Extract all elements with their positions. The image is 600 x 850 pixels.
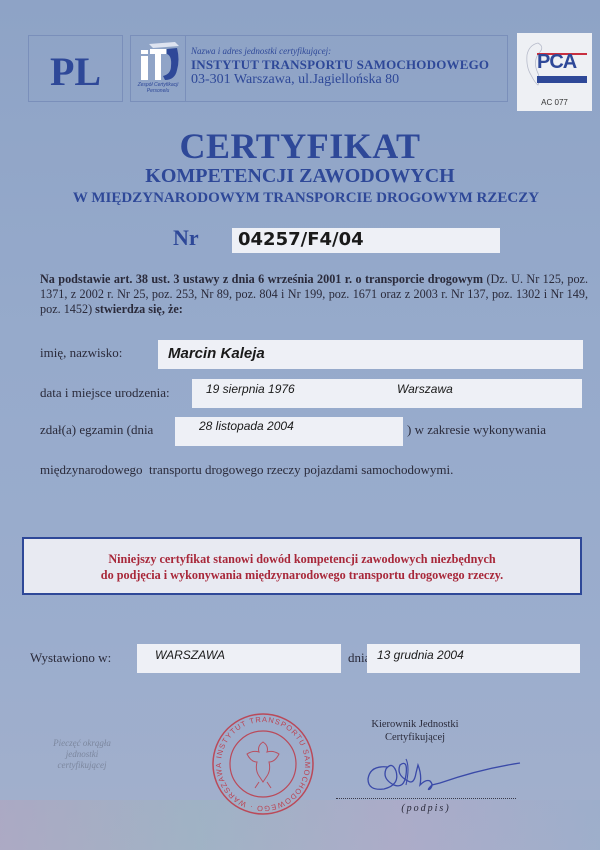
institution-name: INSTYTUT TRANSPORTU SAMOCHODOWEGO <box>191 57 489 73</box>
issued-date: 13 grudnia 2004 <box>377 648 464 662</box>
accreditation-code: AC 077 <box>517 98 592 107</box>
certificate-subtitle-1: KOMPETENCJI ZAWODOWYCH <box>0 165 600 188</box>
exam-date-field: 28 listopada 2004 <box>175 417 403 446</box>
name-label: imię, nazwisko: <box>40 345 122 361</box>
holder-name: Marcin Kaleja <box>168 345 265 362</box>
pca-blue-bar <box>537 76 587 83</box>
logo-subtitle: Zespół Certyfikacji Personelu <box>133 82 183 94</box>
name-field: Marcin Kaleja <box>158 340 583 369</box>
signature-line <box>336 798 516 799</box>
institution-box: Zespół Certyfikacji Personelu Nazwa i ad… <box>130 35 508 102</box>
birth-place: Warszawa <box>397 382 453 396</box>
signer-title-line-1: Kierownik Jednostki <box>360 718 470 731</box>
institution-address: 03-301 Warszawa, ul.Jagiellońska 80 <box>191 72 399 88</box>
certificate-number: 04257/F4/04 <box>238 229 364 250</box>
signature-icon <box>360 745 525 800</box>
birth-field: 19 sierpnia 1976 Warszawa <box>192 379 582 408</box>
country-code: PL <box>29 48 122 95</box>
notice-text: Niniejszy certyfikat stanowi dowód kompe… <box>24 551 580 583</box>
birth-label: data i miejsce urodzenia: <box>40 385 170 401</box>
notice-box: Niniejszy certyfikat stanowi dowód kompe… <box>22 537 582 595</box>
signer-title: Kierownik Jednostki Certyfikującej <box>360 718 470 744</box>
exam-label: zdał(a) egzamin (dnia <box>40 422 153 438</box>
birth-date: 19 sierpnia 1976 <box>206 382 295 396</box>
exam-suffix: ) w zakresie wykonywania <box>407 422 546 438</box>
seal-placeholder-label: Pieczęć okrągła jednostki certyfikującej <box>42 738 122 771</box>
issued-place-field: WARSZAWA <box>137 644 341 673</box>
seal-label-line: certyfikującej <box>42 760 122 771</box>
country-code-box: PL <box>28 35 123 102</box>
accreditation-badge: PCA AC 077 <box>517 33 592 111</box>
signature-caption: (podpis) <box>336 803 516 814</box>
number-label: Nr <box>173 225 199 251</box>
pca-logo: PCA <box>537 51 576 74</box>
seal-label-line: jednostki <box>42 749 122 760</box>
official-stamp-icon: INSTYTUT TRANSPORTU SAMOCHODOWEGO · WARS… <box>209 710 317 818</box>
issued-place-label: Wystawiono w: <box>30 650 111 666</box>
certificate-title: CERTYFIKAT <box>0 125 600 167</box>
issued-place: WARSZAWA <box>155 648 225 662</box>
divider <box>185 36 186 101</box>
its-logo-icon <box>135 40 183 82</box>
signer-title-line-2: Certyfikującej <box>360 731 470 744</box>
issued-date-field: 13 grudnia 2004 <box>367 644 580 673</box>
svg-text:INSTYTUT TRANSPORTU SAMOCHODOW: INSTYTUT TRANSPORTU SAMOCHODOWEGO · WARS… <box>214 715 312 813</box>
certificate-number-field: 04257/F4/04 <box>232 228 500 253</box>
legal-outro: stwierdza się, że: <box>95 302 183 316</box>
scope-text: międzynarodowego transportu drogowego rz… <box>40 462 453 478</box>
legal-basis: Na podstawie art. 38 ust. 3 ustawy z dni… <box>40 272 588 317</box>
exam-date: 28 listopada 2004 <box>199 419 294 433</box>
notice-line-1: Niniejszy certyfikat stanowi dowód kompe… <box>24 551 580 567</box>
seal-label-line: Pieczęć okrągła <box>42 738 122 749</box>
certificate-subtitle-2: W MIĘDZYNARODOWYM TRANSPORCIE DROGOWYM R… <box>12 190 600 207</box>
legal-intro: Na podstawie art. 38 ust. 3 ustawy z dni… <box>40 272 483 286</box>
institution-label: Nazwa i adres jednostki certyfikującej: <box>191 46 331 56</box>
notice-line-2: do podjęcia i wykonywania międzynarodowe… <box>24 567 580 583</box>
